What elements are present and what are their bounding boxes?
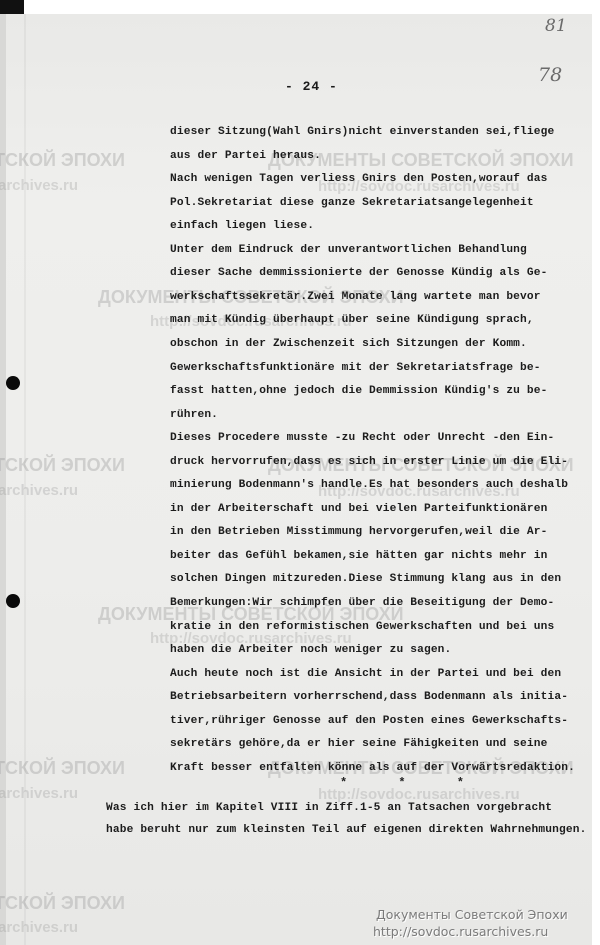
text-line: haben die Arbeiter noch weniger zu sagen… [170,644,451,656]
closing-line: habe beruht nur zum kleinsten Teil auf e… [106,824,586,836]
text-line: sekretärs gehöre,da er hier seine Fähigk… [170,738,548,750]
text-line: dieser Sitzung(Wahl Gnirs)nicht einverst… [170,126,554,138]
footer-watermark-url: http://sovdoc.rusarchives.ru [373,924,548,939]
text-line: man mit Kündig überhaupt über seine Künd… [170,314,534,326]
punch-hole [6,376,20,390]
text-line: solchen Dingen mitzureden.Diese Stimmung… [170,573,561,585]
text-line: Gewerkschaftsfunktionäre mit der Sekreta… [170,362,541,374]
section-separator: * * * [340,776,486,790]
text-line: Betriebsarbeitern vorherrschend,dass Bod… [170,691,568,703]
scan-corner-shadow [0,0,24,14]
text-line: rühren. [170,409,218,421]
text-line: einfach liegen liese. [170,220,314,232]
text-line: aus der Partei heraus. [170,150,321,162]
closing-line: Was ich hier im Kapitel VIII in Ziff.1-5… [106,802,552,814]
text-line: beiter das Gefühl bekamen,sie hätten gar… [170,550,548,562]
text-line: Bemerkungen:Wir schimpfen über die Besei… [170,597,554,609]
page-number: - 24 - [285,79,338,94]
text-line: obschon in der Zwischenzeit sich Sitzung… [170,338,527,350]
text-line: fasst hatten,ohne jedoch die Demmission … [170,385,548,397]
text-line: Dieses Procedere musste -zu Recht oder U… [170,432,554,444]
footer-watermark-title: Документы Советской Эпохи [376,907,568,922]
handwritten-folio-number: 81 [545,16,567,36]
text-line: minierung Bodenmann's handle.Es hat beso… [170,479,568,491]
text-line: druck hervorrufen,dass es sich in erster… [170,456,568,468]
text-line: werkschaftssekretär.Zwei Monate lang war… [170,291,541,303]
text-line: in den Betrieben Misstimmung hervorgeruf… [170,526,548,538]
scan-top-margin [0,0,600,14]
text-line: dieser Sache demmissionierte der Genosse… [170,267,548,279]
text-line: tiver,rühriger Genosse auf den Posten ei… [170,715,568,727]
text-line: in der Arbeiterschaft und bei vielen Par… [170,503,548,515]
text-line: Pol.Sekretariat diese ganze Sekretariats… [170,197,534,209]
text-line: Auch heute noch ist die Ansicht in der P… [170,668,561,680]
text-line: Kraft besser entfalten könne als auf der… [170,762,575,774]
text-line: kratie in den reformistischen Gewerkscha… [170,621,554,633]
handwritten-folio-number-secondary: 78 [538,64,562,86]
text-line: Nach wenigen Tagen verliess Gnirs den Po… [170,173,548,185]
punch-hole [6,594,20,608]
text-line: Unter dem Eindruck der unverantwortliche… [170,244,527,256]
